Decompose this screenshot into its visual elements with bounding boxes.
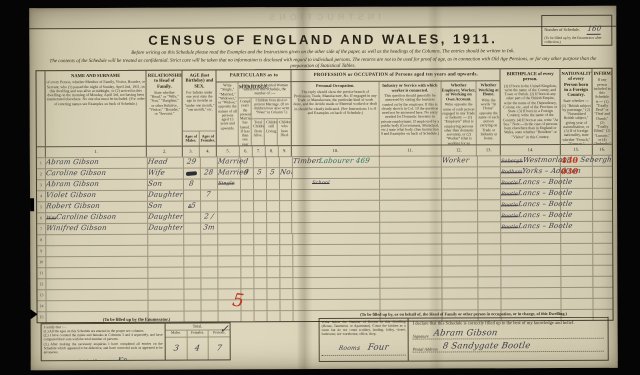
children-born-header: Total Children Born Alive. xyxy=(252,119,265,145)
cell-years xyxy=(241,223,254,233)
cell-born xyxy=(254,311,267,321)
cell-living xyxy=(267,267,280,277)
cell-ind xyxy=(380,211,442,221)
cell-nat xyxy=(561,277,593,287)
cell-name: Robert Gibson xyxy=(46,202,148,212)
col-occupation-group: PROFESSION or OCCUPATION of Persons aged… xyxy=(292,69,501,156)
cell-ageF xyxy=(201,245,218,255)
enumerator-heading: (To be filled up by the Enumerator.) xyxy=(39,316,235,322)
cell-ageM xyxy=(184,268,201,278)
cell-years xyxy=(241,245,254,255)
cell-birth xyxy=(502,277,562,287)
cell-died xyxy=(280,289,293,299)
cell-ind xyxy=(381,277,443,287)
cell-occ xyxy=(292,190,380,200)
cell-died: None xyxy=(279,168,292,178)
cell-nat xyxy=(561,233,593,243)
cell-living xyxy=(266,179,279,189)
cell-marital xyxy=(218,212,241,222)
cell-living xyxy=(266,157,279,167)
cell-home xyxy=(478,167,501,177)
cell-born xyxy=(254,234,267,244)
check-mark: ✓ xyxy=(220,322,229,335)
cell-years xyxy=(241,201,254,211)
cell-marital xyxy=(218,190,241,200)
cell-nat xyxy=(561,244,593,254)
cell-years xyxy=(241,311,254,321)
cell-birth: Bootle Lancs – Bootle xyxy=(501,200,561,210)
row-number-column-header xyxy=(36,71,45,157)
cell-ageF xyxy=(201,157,218,167)
total-males: 3 xyxy=(166,337,188,360)
ages-males-label: Ages of Males. xyxy=(183,130,200,145)
row-number: 3 xyxy=(37,180,46,190)
cell-ind xyxy=(380,222,442,232)
row-number: 7 xyxy=(37,224,46,234)
cell-years xyxy=(241,190,254,200)
page-top-strip: INSTRUCTIONS xyxy=(29,6,616,30)
cell-occ xyxy=(293,234,381,244)
col-nationality: NATIONALITY of every Person born in a Fo… xyxy=(560,69,592,155)
cell-rel xyxy=(148,301,184,311)
cell-marital xyxy=(218,234,241,244)
cell-inf xyxy=(593,222,612,232)
cell-birth xyxy=(501,244,561,254)
cell-ageM xyxy=(184,279,201,289)
cell-living xyxy=(267,300,280,310)
signature-label: Signature xyxy=(413,333,429,338)
cell-nat xyxy=(561,255,593,265)
row-number: 4 xyxy=(37,191,46,201)
cell-inf xyxy=(593,167,612,177)
cell-born xyxy=(254,223,267,233)
rooms-count: Rooms Four xyxy=(322,337,406,356)
cell-home xyxy=(478,222,501,232)
cell-ind xyxy=(380,156,442,166)
cell-born xyxy=(253,157,266,167)
cell-emp xyxy=(442,233,478,243)
cell-ind xyxy=(381,233,443,243)
cell-name xyxy=(46,246,148,256)
cell-name xyxy=(46,290,148,300)
cell-name xyxy=(46,301,148,311)
cell-living xyxy=(267,201,280,211)
cell-emp: Worker xyxy=(442,156,478,166)
cell-born xyxy=(254,289,267,299)
cell-born xyxy=(254,300,267,310)
cell-born xyxy=(254,256,267,266)
cell-ageF xyxy=(201,300,218,310)
employer-worker-header: Whether Employer, Worker, or Working on … xyxy=(441,81,477,144)
row-number: 2 xyxy=(37,169,46,179)
cell-rel xyxy=(148,290,184,300)
cell-living xyxy=(267,212,280,222)
cell-rel: Son xyxy=(148,180,184,190)
cell-marital: Single xyxy=(218,179,241,189)
row-number: 6 xyxy=(37,213,46,223)
cell-nat xyxy=(561,178,593,188)
cell-living xyxy=(267,278,280,288)
cell-rel xyxy=(148,246,184,256)
cell-years xyxy=(241,212,254,222)
cell-marital xyxy=(218,223,241,233)
cell-inf xyxy=(593,266,612,276)
row-number: 10 xyxy=(37,257,46,267)
col-name-surname: NAME AND SURNAMEof every Person, whether… xyxy=(45,71,147,157)
cell-years xyxy=(241,157,254,167)
cell-born xyxy=(254,190,267,200)
cell-years xyxy=(241,234,254,244)
cell-ageF: 7 xyxy=(201,190,218,200)
cell-inf xyxy=(593,178,612,188)
scanned-census-page: INSTRUCTIONS CENSUS OF ENGLAND AND WALES… xyxy=(0,0,640,375)
cell-occ xyxy=(293,256,381,266)
cell-living xyxy=(267,190,280,200)
postal-address-label: Postal Address xyxy=(413,346,438,351)
cell-home xyxy=(479,266,502,276)
cell-inf xyxy=(593,156,612,166)
cell-nat xyxy=(561,189,593,199)
cell-years xyxy=(241,267,254,277)
cell-inf xyxy=(594,299,613,309)
years-married-header: Completed years the present Marriage has… xyxy=(239,98,252,145)
cell-birth: Rodham Yorks – Addison xyxy=(501,167,561,177)
cell-inf xyxy=(593,244,612,254)
cell-inf xyxy=(593,233,612,243)
cell-ageM xyxy=(184,246,201,256)
cell-marital: Married xyxy=(218,168,241,178)
working-at-home-header: Whether Working at Home.Write the words … xyxy=(477,81,500,144)
rooms-box: Write below the Number of Rooms in this … xyxy=(319,318,409,362)
cell-emp xyxy=(442,189,478,199)
cell-rel: Son xyxy=(148,202,184,212)
cell-died xyxy=(280,245,293,255)
cell-ageM xyxy=(184,191,201,201)
cell-living xyxy=(267,311,280,321)
col-birthplace: BIRTHPLACE of every person.(1) If born i… xyxy=(501,69,561,155)
row-number: 11 xyxy=(37,268,46,278)
cell-ageF: 28 xyxy=(201,168,218,178)
cell-ageM xyxy=(184,213,201,223)
cell-name: Abram Gibson xyxy=(46,180,148,190)
cell-name xyxy=(46,268,148,278)
cell-home xyxy=(478,156,501,166)
cell-name: Wm Caroline Gibson xyxy=(46,213,148,223)
col-relationship: RELATIONSHIP to Head of Family.State whe… xyxy=(147,71,183,157)
schedule-number-value: 160 xyxy=(586,25,602,35)
cell-ageM xyxy=(184,257,201,267)
cell-rel xyxy=(148,257,184,267)
cell-ageF xyxy=(201,234,218,244)
cell-nat xyxy=(562,288,594,298)
cell-name xyxy=(46,279,148,289)
cell-birth: Bootle Lancs – Bootle xyxy=(501,178,561,188)
cell-born xyxy=(254,278,267,288)
table-header: NAME AND SURNAMEof every Person, whether… xyxy=(36,69,611,158)
total-persons: 7 xyxy=(209,337,230,360)
cell-occ xyxy=(293,289,381,299)
cell-emp xyxy=(443,244,479,254)
cell-years xyxy=(241,179,254,189)
enumerator-box: I certify that :— (1.) All the ages on t… xyxy=(41,322,231,361)
cell-name: Caroline Gibson xyxy=(46,169,148,179)
cell-emp xyxy=(442,222,478,232)
cell-died xyxy=(280,278,293,288)
enumerator-initials-signature: Kn xyxy=(117,356,128,361)
cell-died xyxy=(280,223,293,233)
cell-birth xyxy=(502,299,562,309)
cell-home xyxy=(479,277,502,287)
cell-ageM xyxy=(184,169,201,179)
row-number: 13 xyxy=(37,290,46,300)
col-marriage-group: PARTICULARS as to MARRIAGE. Write "Singl… xyxy=(217,70,292,156)
cell-occ xyxy=(292,168,380,178)
postal-address-value: 8 Sandygate Bootle xyxy=(442,342,531,351)
cell-years xyxy=(241,278,254,288)
cell-living xyxy=(267,245,280,255)
cell-died xyxy=(280,256,293,266)
cell-ageM: 8 xyxy=(184,180,201,190)
cell-emp xyxy=(442,167,478,177)
form-title: CENSUS OF ENGLAND AND WALES, 1911. xyxy=(29,31,616,49)
ghost-bleedthrough-text: INSTRUCTIONS xyxy=(265,12,381,23)
cell-died xyxy=(280,190,293,200)
row-number: 9 xyxy=(37,246,46,256)
personal-occupation-header: Personal Occupation.The reply should sho… xyxy=(292,82,380,145)
cell-home xyxy=(478,211,501,221)
cell-ageF xyxy=(201,289,218,299)
cell-nat: 430 xyxy=(561,156,593,166)
cell-died xyxy=(280,311,293,321)
cell-nat xyxy=(561,222,593,232)
cell-died xyxy=(280,300,293,310)
cell-ageM xyxy=(184,301,201,311)
cell-occ xyxy=(293,278,381,288)
census-schedule-sheet: INSTRUCTIONS CENSUS OF ENGLAND AND WALES… xyxy=(29,6,618,371)
cell-years xyxy=(241,256,254,266)
schedule-number-box: Number of Schedule. 160 (To be filled up… xyxy=(541,15,612,46)
cell-ind xyxy=(381,299,443,309)
cell-rel: Daughter xyxy=(148,224,184,234)
cell-died xyxy=(280,267,293,277)
cell-ageM xyxy=(184,235,201,245)
cell-ageF xyxy=(201,267,218,277)
cell-rel: Head xyxy=(148,158,184,168)
cell-ind xyxy=(380,200,442,210)
cell-home xyxy=(478,178,501,188)
cell-inf xyxy=(593,255,612,265)
cell-nat: 030 xyxy=(561,167,593,177)
cell-occ xyxy=(293,245,381,255)
cell-marital: Married xyxy=(218,157,241,167)
cell-inf xyxy=(593,288,612,298)
cell-nat xyxy=(561,200,593,210)
cell-rel xyxy=(148,235,184,245)
cell-ind xyxy=(381,255,443,265)
cell-died xyxy=(280,201,293,211)
cell-name xyxy=(46,235,148,245)
cell-nat xyxy=(561,211,593,221)
cell-birth xyxy=(502,288,562,298)
cell-marital xyxy=(218,201,241,211)
cell-living xyxy=(267,234,280,244)
cell-inf xyxy=(593,189,612,199)
cell-occ xyxy=(293,212,381,222)
cell-occ: Timber Labourer 469 xyxy=(292,157,380,167)
cell-ageM xyxy=(184,224,201,234)
cell-rel xyxy=(148,268,184,278)
row-number: 5 xyxy=(37,202,46,212)
cell-home xyxy=(479,255,502,265)
instruction-line-1: Before writing on this Schedule please r… xyxy=(49,49,596,58)
cell-ind xyxy=(380,167,442,177)
cell-home xyxy=(479,299,502,309)
cell-born xyxy=(254,179,267,189)
cell-died xyxy=(280,234,293,244)
children-died-header: Children who have Died. xyxy=(278,119,291,145)
marital-status-header: Write "Single," "Married," "Widower," or… xyxy=(217,82,239,145)
scan-artifact xyxy=(31,309,38,319)
ages-females-label: Ages of Females. xyxy=(200,130,217,145)
cell-home xyxy=(478,233,501,243)
cell-years: 9 xyxy=(241,168,254,178)
cell-occ xyxy=(293,300,381,310)
cell-ind xyxy=(380,178,442,188)
cell-emp xyxy=(443,299,479,309)
cell-ind xyxy=(381,288,443,298)
cell-emp xyxy=(443,288,479,298)
cell-born: 5 xyxy=(254,168,267,178)
row-number: 14 xyxy=(37,301,46,311)
cell-born xyxy=(254,201,267,211)
scan-artifact xyxy=(30,198,34,211)
cell-marital xyxy=(218,256,241,266)
cell-living xyxy=(267,256,280,266)
declaration-box: I declare that this Schedule is correctl… xyxy=(409,317,609,362)
cell-birth: Sebergh Westmorland – Sebergh xyxy=(501,156,561,166)
cell-birth: Bootle Lancs – Bootle xyxy=(501,189,561,199)
cell-name: Abram Gibson xyxy=(46,158,148,168)
row-number: 8 xyxy=(37,235,46,245)
cell-ageM xyxy=(184,290,201,300)
cell-ageF xyxy=(201,256,218,266)
row-number: 12 xyxy=(37,279,46,289)
cell-ageM: 29 xyxy=(184,158,201,168)
cell-occ xyxy=(293,223,381,233)
cell-ageF xyxy=(201,179,218,189)
cell-died xyxy=(279,179,292,189)
cell-occ: School xyxy=(292,179,380,189)
industry-header: Industry or Service with which worker is… xyxy=(379,81,441,144)
cell-nat xyxy=(561,266,593,276)
cell-marital xyxy=(218,267,241,277)
cell-emp xyxy=(442,178,478,188)
census-table: NAME AND SURNAMEof every Person, whether… xyxy=(35,68,613,324)
cell-occ xyxy=(293,267,381,277)
cell-emp xyxy=(443,255,479,265)
cell-marital xyxy=(218,278,241,288)
cell-birth xyxy=(501,255,561,265)
cell-rel xyxy=(148,279,184,289)
cell-emp xyxy=(442,211,478,221)
cell-nat xyxy=(562,299,594,309)
cell-living xyxy=(267,289,280,299)
cell-emp xyxy=(443,277,479,287)
cell-occ xyxy=(293,201,381,211)
cell-emp xyxy=(442,200,478,210)
col-infirmity: INFIRMITY.If any person included in this… xyxy=(592,69,611,155)
cell-marital xyxy=(218,245,241,255)
enumerator-certification: I certify that :— (1.) All the ages on t… xyxy=(42,324,165,361)
cell-ind xyxy=(381,266,443,276)
cell-rel: Daughter xyxy=(148,213,184,223)
signature-value: Abram Gibson xyxy=(433,329,498,338)
cell-ind xyxy=(381,244,443,254)
cell-ageM: 85 xyxy=(184,202,201,212)
table-body: 1Abram GibsonHead29MarriedTimber Laboure… xyxy=(37,155,613,323)
cell-birth xyxy=(501,233,561,243)
total-females: 4 xyxy=(187,337,209,360)
cell-living: 5 xyxy=(266,168,279,178)
children-living-header: Children still Living. xyxy=(265,119,278,145)
cell-inf xyxy=(593,277,612,287)
cell-ageF: 2/ xyxy=(201,212,218,222)
cell-born xyxy=(254,267,267,277)
cell-home xyxy=(478,244,501,254)
cell-birth xyxy=(502,266,562,276)
schedule-number-label: Number of Schedule. xyxy=(544,27,580,32)
cell-ageF xyxy=(201,201,218,211)
cell-birth: Bootle Lancs – Bootle xyxy=(501,211,561,221)
cell-home xyxy=(479,288,502,298)
cell-died xyxy=(279,157,292,167)
cell-name xyxy=(46,257,148,267)
cell-ageF xyxy=(201,278,218,288)
cell-living xyxy=(267,223,280,233)
cell-birth: Bootle Lancs – Bootle xyxy=(501,222,561,232)
col-age-sex-group: AGE (last Birthday) and SEX. For Infants… xyxy=(183,70,217,156)
cell-name: Winifred Gibson xyxy=(46,224,148,234)
cell-born xyxy=(254,212,267,222)
cell-ageF: 3m xyxy=(201,223,218,233)
cell-died xyxy=(280,212,293,222)
cell-home xyxy=(478,200,501,210)
cell-ind xyxy=(380,189,442,199)
enumerator-initials-label: Initials of Enumerator. xyxy=(79,359,113,360)
cell-inf xyxy=(593,200,612,210)
cell-rel: Daughter xyxy=(148,191,184,201)
cell-emp xyxy=(443,266,479,276)
cell-rel: Wife xyxy=(148,169,184,179)
schedule-number-note: (To be filled up by the Enumerator after… xyxy=(544,37,609,45)
cell-home xyxy=(478,189,501,199)
cell-born xyxy=(254,245,267,255)
cell-name: Violet Gibson xyxy=(46,191,148,201)
row-number: 1 xyxy=(37,158,46,168)
cell-inf xyxy=(593,211,612,221)
